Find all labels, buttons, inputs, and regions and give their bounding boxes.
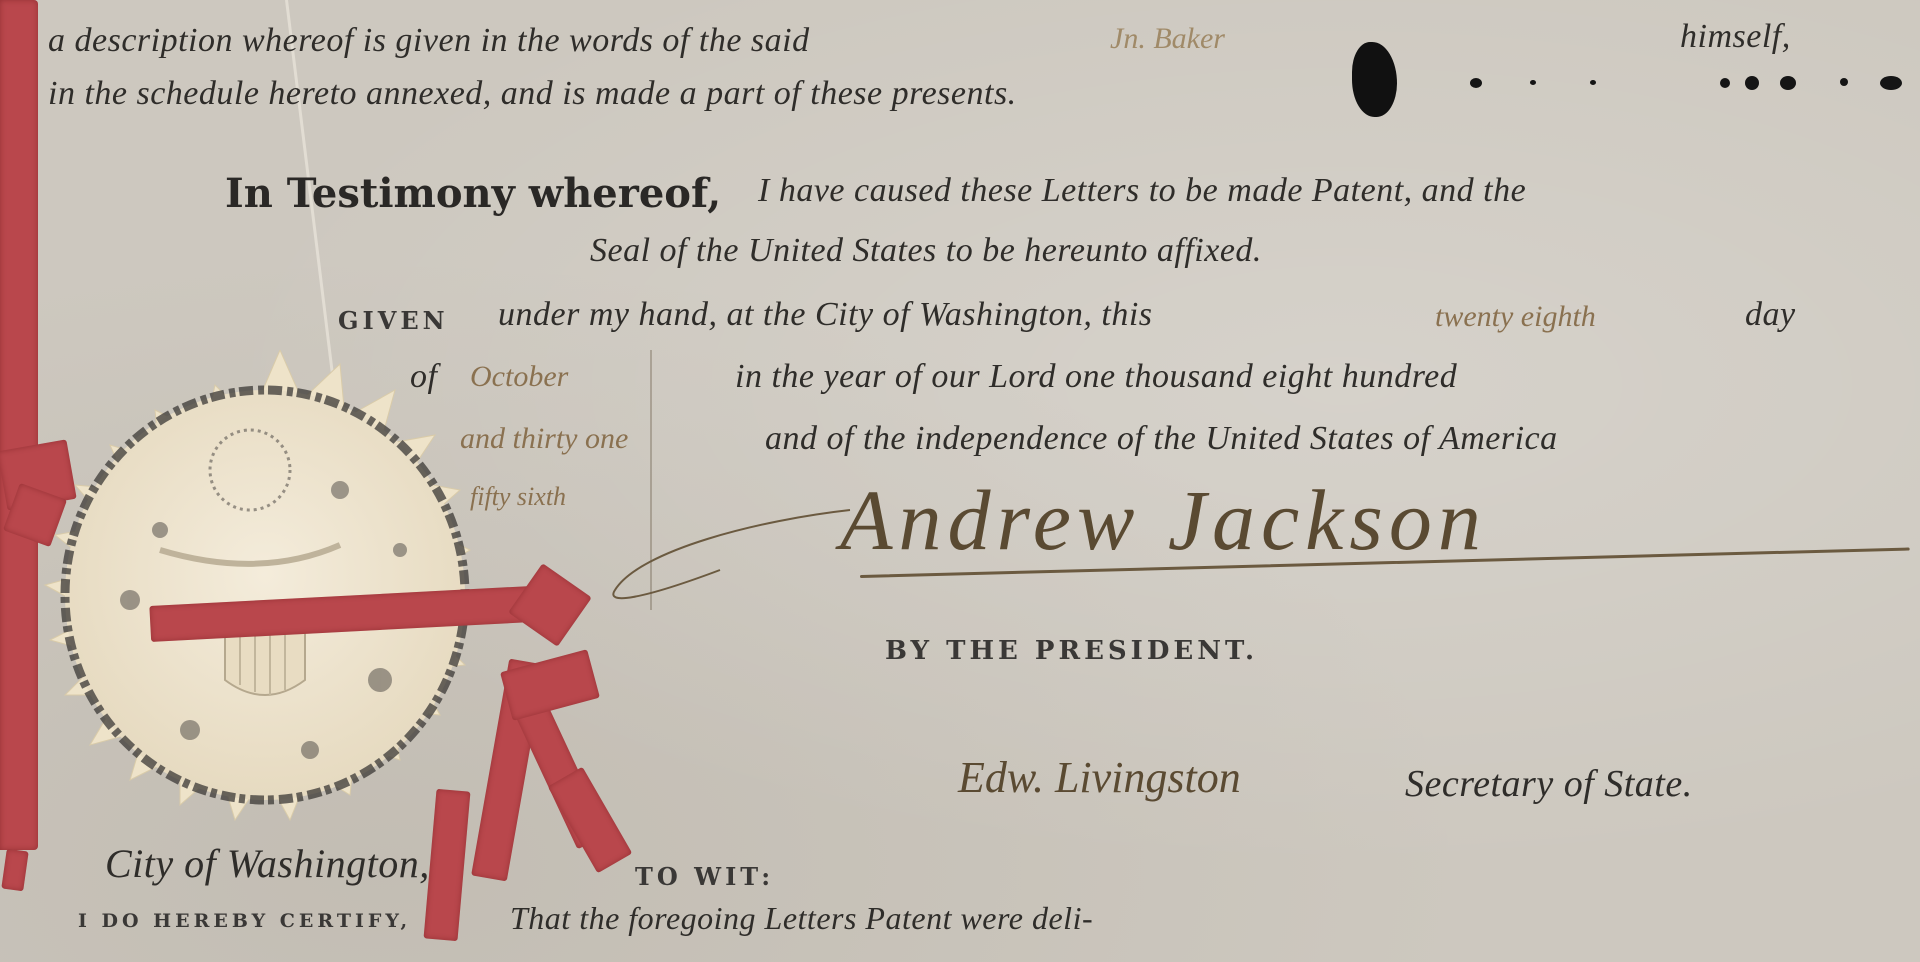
ink-blot <box>1352 42 1397 117</box>
filler-dot <box>1530 80 1536 85</box>
filler-dot <box>1745 76 1759 90</box>
text-himself: himself, <box>1680 18 1791 56</box>
filler-dot <box>1590 80 1596 85</box>
inventor-name: Jn. Baker <box>1110 22 1225 56</box>
by-the-president: BY THE PRESIDENT. <box>885 636 1258 666</box>
filler-dot <box>1470 78 1482 88</box>
filler-dot <box>1880 76 1902 90</box>
given-text: under my hand, at the City of Washington… <box>498 296 1153 334</box>
year-text: in the year of our Lord one thousand eig… <box>735 358 1457 396</box>
secretary-signature: Edw. Livingston <box>958 752 1241 803</box>
filler-dot <box>1720 78 1730 88</box>
paper-seal <box>10 350 610 870</box>
certify-heading: I DO HEREBY CERTIFY, <box>78 910 411 932</box>
text-description-line: a description whereof is given in the wo… <box>48 22 810 60</box>
independence-text: and of the independence of the United St… <box>765 420 1558 458</box>
text-schedule-line: in the schedule hereto annexed, and is m… <box>48 75 1017 113</box>
seal-affixed-line: Seal of the United States to be hereunto… <box>590 232 1262 270</box>
secretary-title: Secretary of State. <box>1405 762 1693 806</box>
to-wit: TO WIT: <box>635 862 774 891</box>
day-value: twenty eighth <box>1435 300 1596 334</box>
filler-dot <box>1840 78 1848 86</box>
given-heading: GIVEN <box>338 306 449 335</box>
signature-flourish <box>600 500 860 610</box>
president-signature: Andrew Jackson <box>840 470 1487 570</box>
day-label: day <box>1745 296 1796 334</box>
filler-dot <box>1780 76 1796 90</box>
certify-text: That the foregoing Letters Patent were d… <box>510 900 1093 937</box>
testimony-heading: In Testimony whereof, <box>225 170 721 217</box>
testimony-text: I have caused these Letters to be made P… <box>758 172 1526 210</box>
